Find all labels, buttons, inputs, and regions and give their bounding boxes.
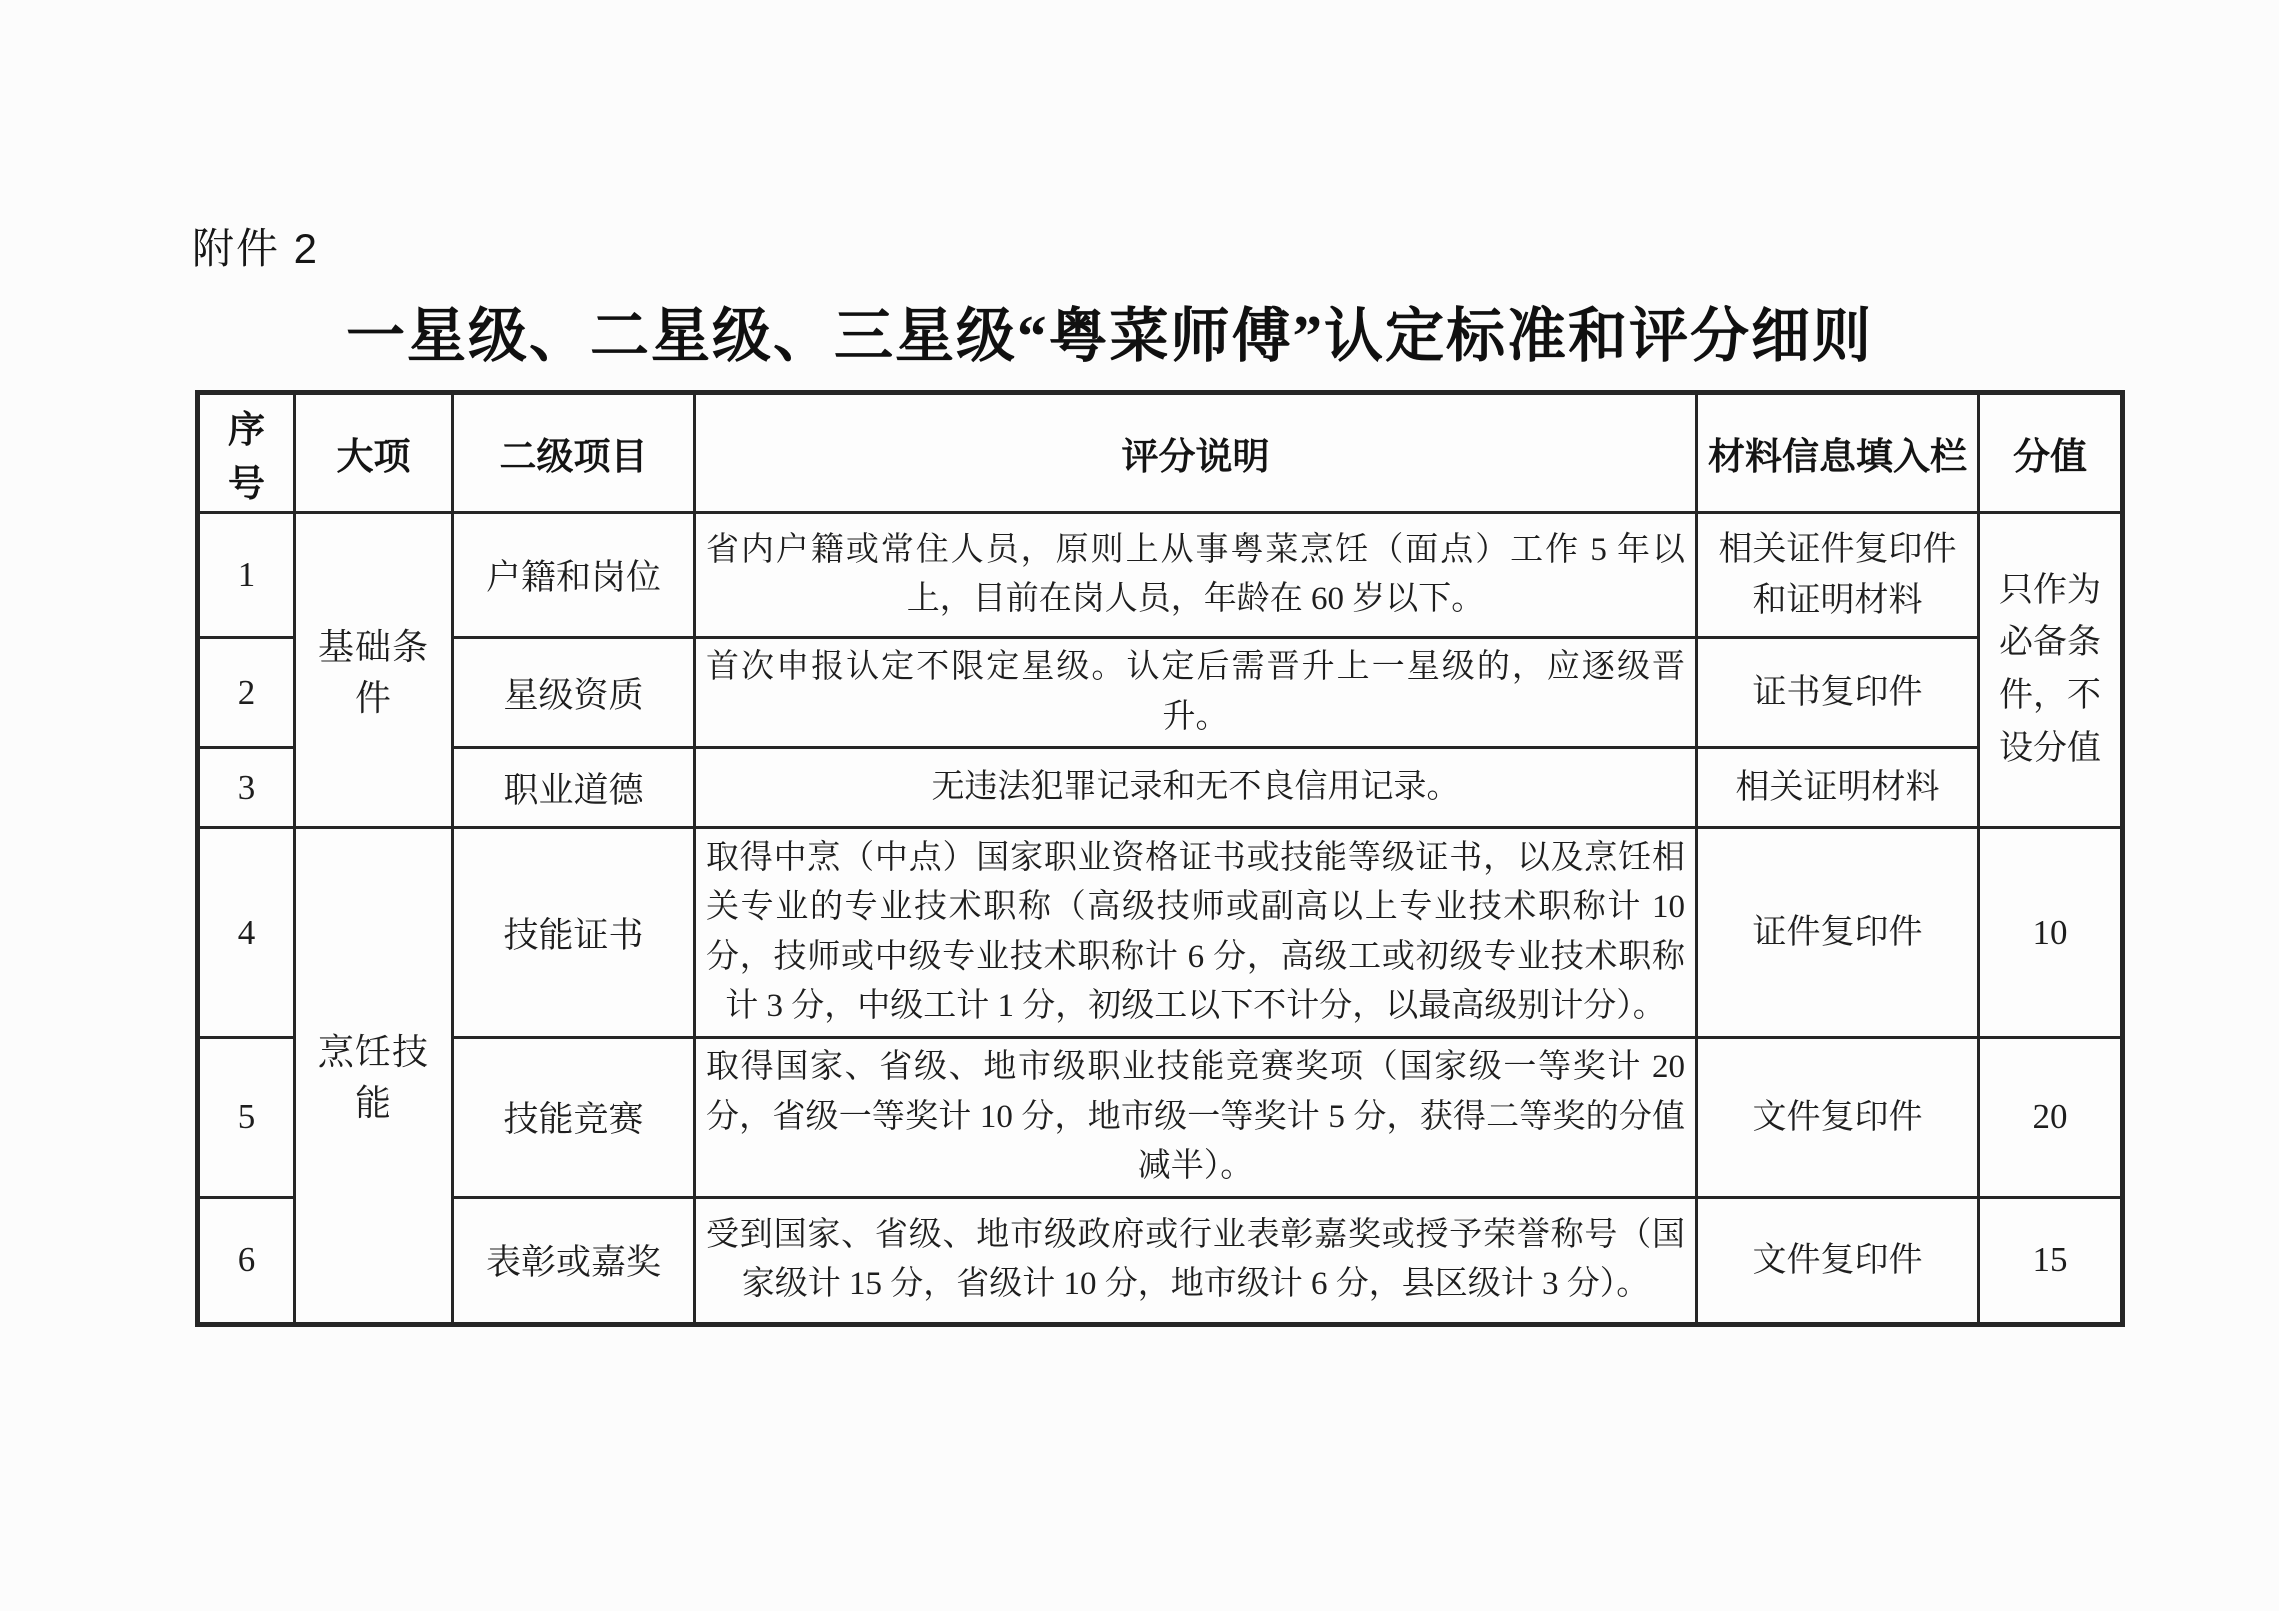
document-page: 附件 2 一星级、二星级、三星级“粤菜师傅”认定标准和评分细则 序号 大项 二级… [0,0,2279,1611]
score-note: 只作为必备条件，不设分值 [1979,513,2123,828]
row-number: 1 [198,513,295,638]
table-header-row: 序号 大项 二级项目 评分说明 材料信息填入栏 分值 [198,393,2123,513]
score-value: 10 [1979,828,2123,1038]
sub-item-label: 技能证书 [453,828,695,1038]
score-value: 20 [1979,1038,2123,1198]
material-info: 文件复印件 [1697,1038,1979,1198]
sub-item-label: 星级资质 [453,638,695,748]
scoring-description: 受到国家、省级、地市级政府或行业表彰嘉奖或授予荣誉称号（国家级计 15 分，省级… [695,1197,1697,1324]
scoring-description: 取得中烹（中点）国家职业资格证书或技能等级证书，以及烹饪相关专业的专业技术职称（… [695,828,1697,1038]
group-label-basic-conditions: 基础条件 [295,513,453,828]
material-info: 证书复印件 [1697,638,1979,748]
column-header-material-info: 材料信息填入栏 [1697,393,1979,513]
row-number: 4 [198,828,295,1038]
column-header-no: 序号 [198,393,295,513]
column-header-scoring-description: 评分说明 [695,393,1697,513]
sub-item-label: 户籍和岗位 [453,513,695,638]
sub-item-label: 技能竞赛 [453,1038,695,1198]
scoring-description: 首次申报认定不限定星级。认定后需晋升上一星级的，应逐级晋升。 [695,638,1697,748]
document-title: 一星级、二星级、三星级“粤菜师傅”认定标准和评分细则 [0,288,2219,373]
material-info: 文件复印件 [1697,1197,1979,1324]
table-row: 6 表彰或嘉奖 受到国家、省级、地市级政府或行业表彰嘉奖或授予荣誉称号（国家级计… [198,1197,2123,1324]
group-label-cooking-skills: 烹饪技能 [295,828,453,1325]
table-row: 2 星级资质 首次申报认定不限定星级。认定后需晋升上一星级的，应逐级晋升。 证书… [198,638,2123,748]
row-number: 6 [198,1197,295,1324]
score-value: 15 [1979,1197,2123,1324]
sub-item-label: 表彰或嘉奖 [453,1197,695,1324]
scoring-description: 无违法犯罪记录和无不良信用记录。 [695,748,1697,828]
scoring-description: 取得国家、省级、地市级职业技能竞赛奖项（国家级一等奖计 20 分，省级一等奖计 … [695,1038,1697,1198]
attachment-label: 附件 2 [192,216,319,276]
material-info: 证件复印件 [1697,828,1979,1038]
row-number: 2 [198,638,295,748]
material-info: 相关证明材料 [1697,748,1979,828]
scoring-description: 省内户籍或常住人员，原则上从事粤菜烹饪（面点）工作 5 年以上，目前在岗人员，年… [695,513,1697,638]
material-info: 相关证件复印件和证明材料 [1697,513,1979,638]
column-header-major-item: 大项 [295,393,453,513]
table-row: 3 职业道德 无违法犯罪记录和无不良信用记录。 相关证明材料 [198,748,2123,828]
table-row: 4 烹饪技能 技能证书 取得中烹（中点）国家职业资格证书或技能等级证书，以及烹饪… [198,828,2123,1038]
column-header-score: 分值 [1979,393,2123,513]
column-header-sub-item: 二级项目 [453,393,695,513]
sub-item-label: 职业道德 [453,748,695,828]
scoring-table: 序号 大项 二级项目 评分说明 材料信息填入栏 分值 1 基础条件 户籍和岗位 … [195,390,2125,1327]
row-number: 3 [198,748,295,828]
table-row: 5 技能竞赛 取得国家、省级、地市级职业技能竞赛奖项（国家级一等奖计 20 分，… [198,1038,2123,1198]
row-number: 5 [198,1038,295,1198]
table-row: 1 基础条件 户籍和岗位 省内户籍或常住人员，原则上从事粤菜烹饪（面点）工作 5… [198,513,2123,638]
